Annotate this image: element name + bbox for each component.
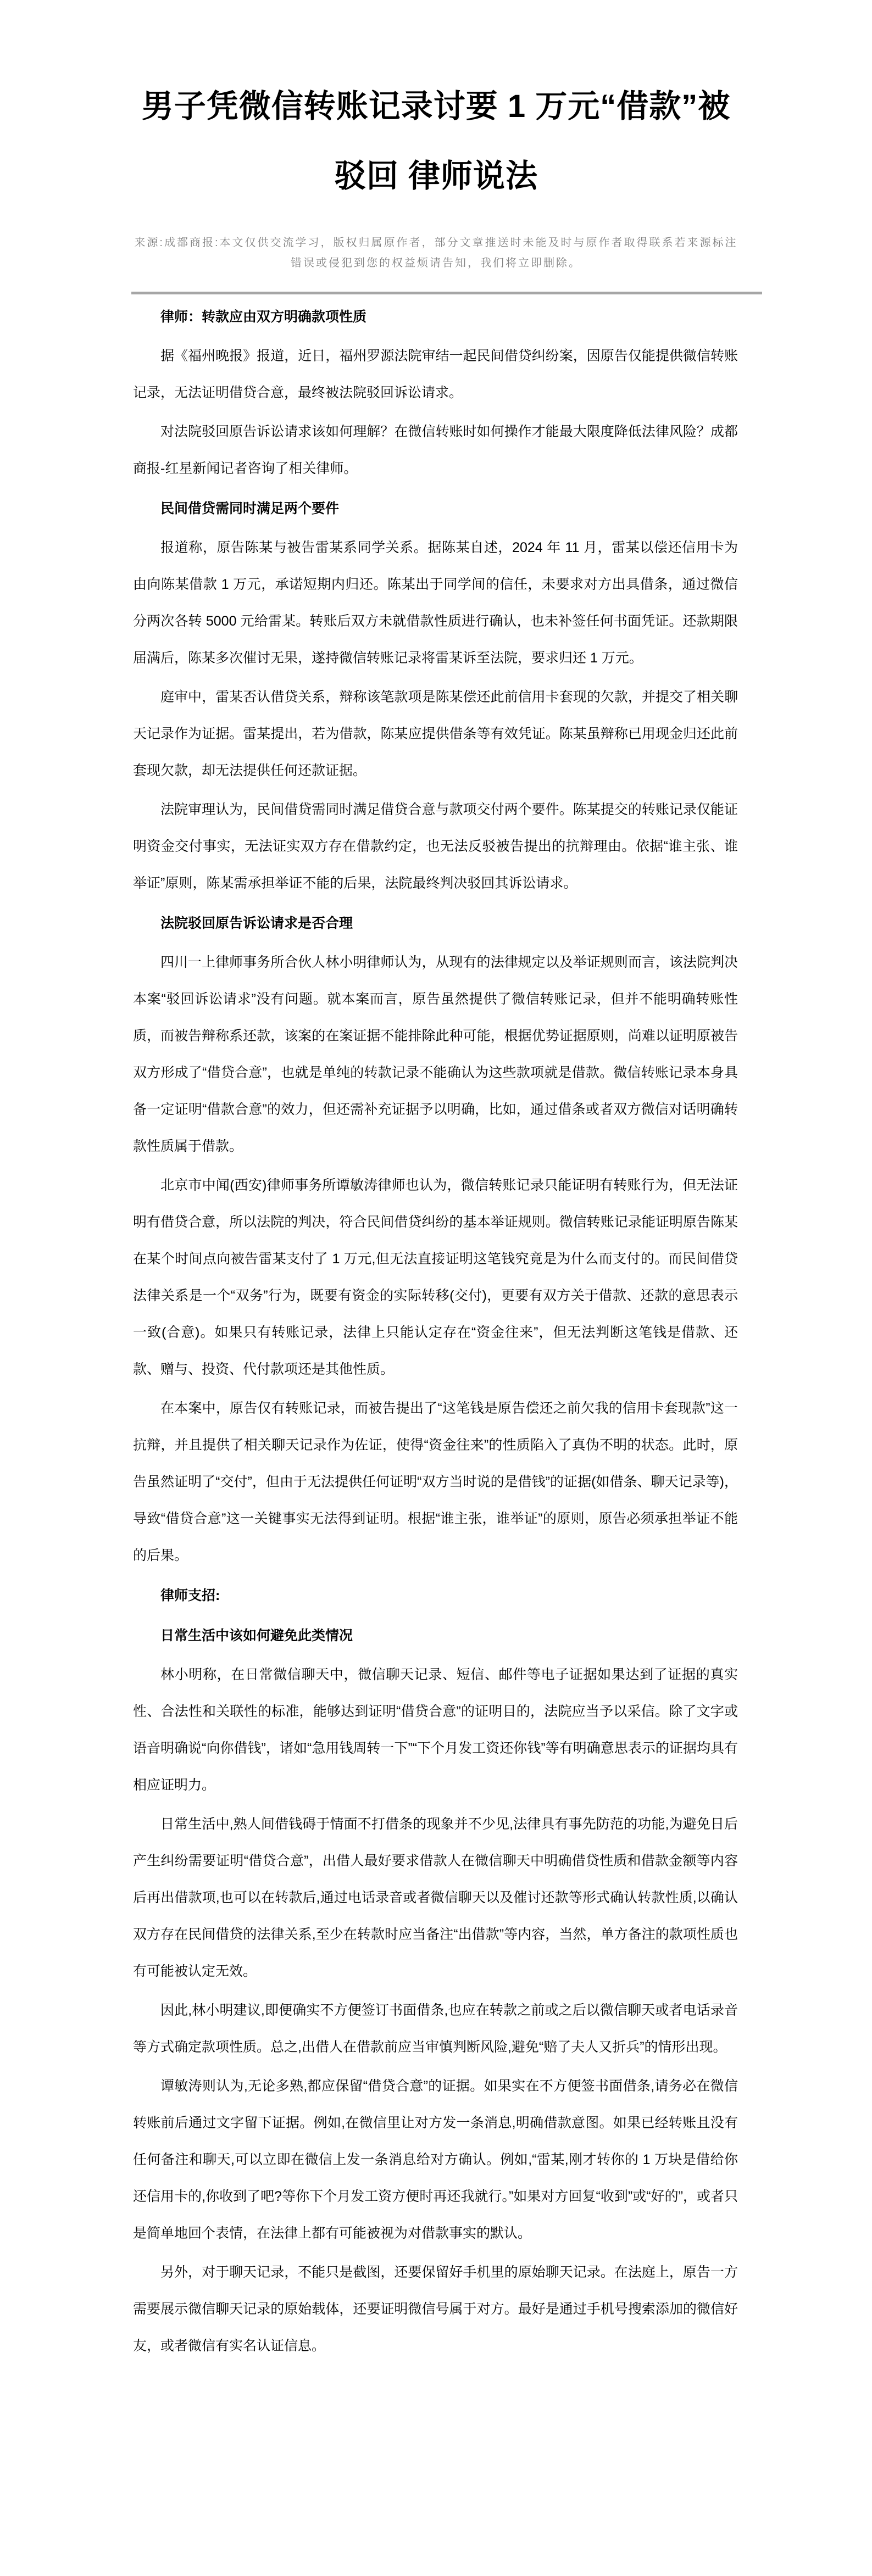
- body-paragraph: 谭敏涛则认为,无论多熟,都应保留“借贷合意”的证据。如果实在不方便签书面借条,请…: [133, 2068, 738, 2252]
- body-paragraph: 林小明称，在日常微信聊天中，微信聊天记录、短信、邮件等电子证据如果达到了证据的真…: [133, 1657, 738, 1804]
- section-heading: 民间借贷需同时满足两个要件: [133, 490, 738, 527]
- body-paragraph: 日常生活中,熟人间借钱碍于情面不打借条的现象并不少见,法律具有事先防范的功能,为…: [133, 1806, 738, 1990]
- section-heading: 律师：转款应由双方明确款项性质: [133, 299, 738, 336]
- section-divider: [131, 292, 762, 294]
- body-paragraph: 在本案中，原告仅有转账记录，而被告提出了“这笔钱是原告偿还之前欠我的信用卡套现款…: [133, 1390, 738, 1574]
- body-paragraph: 北京市中闻(西安)律师事务所谭敏涛律师也认为，微信转账记录只能证明有转账行为，但…: [133, 1167, 738, 1388]
- section-heading: 日常生活中该如何避免此类情况: [133, 1618, 738, 1654]
- source-note: 来源:成都商报:本文仅供交流学习，版权归属原作者，部分文章推送时未能及时与原作者…: [130, 233, 742, 274]
- body-paragraph: 庭审中，雷某否认借贷关系，辩称该笔款项是陈某偿还此前信用卡套现的欠款，并提交了相…: [133, 679, 738, 789]
- body-paragraph: 报道称，原告陈某与被告雷某系同学关系。据陈某自述，2024 年 11 月，雷某以…: [133, 529, 738, 677]
- body-paragraph: 据《福州晚报》报道，近日，福州罗源法院审结一起民间借贷纠纷案，因原告仅能提供微信…: [133, 338, 738, 411]
- section-heading: 律师支招:: [133, 1577, 738, 1614]
- body-paragraph: 四川一上律师事务所合伙人林小明律师认为，从现有的法律规定以及举证规则而言，该法院…: [133, 944, 738, 1165]
- body-paragraph: 对法院驳回原告诉讼请求该如何理解？在微信转账时如何操作才能最大限度降低法律风险？…: [133, 414, 738, 487]
- section-heading: 法院驳回原告诉讼请求是否合理: [133, 905, 738, 942]
- body-paragraph: 因此,林小明建议,即便确实不方便签订书面借条,也应在转款之前或之后以微信聊天或者…: [133, 1992, 738, 2066]
- body-paragraph: 另外，对于聊天记录，不能只是截图，还要保留好手机里的原始聊天记录。在法庭上，原告…: [133, 2254, 738, 2365]
- body-paragraph: 法院审理认为，民间借贷需同时满足借贷合意与款项交付两个要件。陈某提交的转账记录仅…: [133, 791, 738, 902]
- document-page: 男子凭微信转账记录讨要 1 万元“借款”被驳回 律师说法 来源:成都商报:本文仅…: [0, 0, 872, 2576]
- article-body: 律师：转款应由双方明确款项性质据《福州晚报》报道，近日，福州罗源法院审结一起民间…: [133, 299, 738, 2365]
- article-title: 男子凭微信转账记录讨要 1 万元“借款”被驳回 律师说法: [131, 71, 741, 211]
